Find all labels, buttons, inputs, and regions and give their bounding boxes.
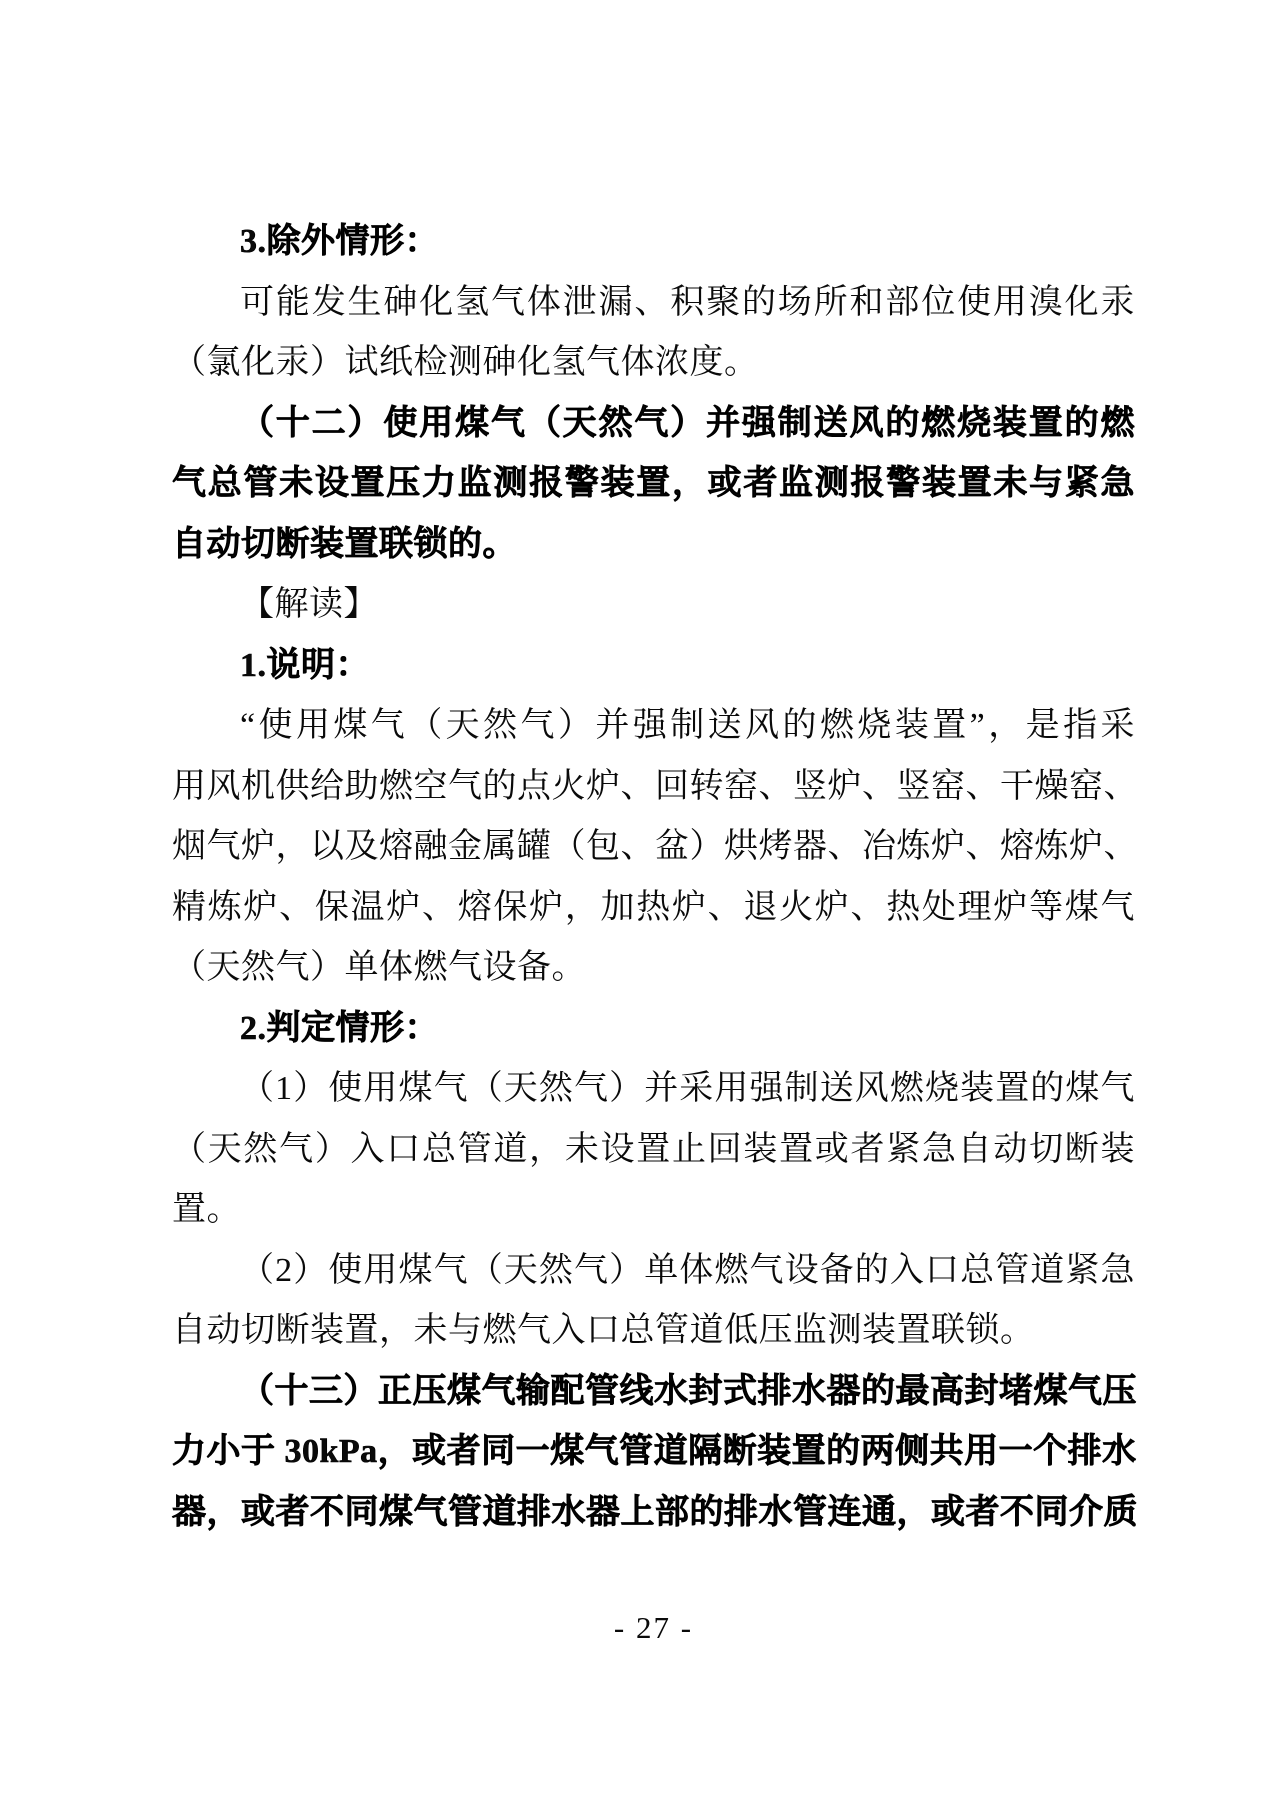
document-body: 3.除外情形： 可能发生砷化氢气体泄漏、积聚的场所和部位使用溴化汞 （氯化汞）试… bbox=[172, 212, 1135, 1543]
body-line: “使用煤气（天然气）并强制送风的燃烧装置”，是指采 bbox=[172, 696, 1135, 757]
clause-12-line: 气总管未设置压力监测报警装置，或者监测报警装置未与紧急 bbox=[172, 454, 1135, 515]
body-line: 用风机供给助燃空气的点火炉、回转窑、竖炉、竖窑、干燥窑、 bbox=[172, 757, 1135, 818]
heading-exception-cases: 3.除外情形： bbox=[172, 212, 1135, 273]
body-line: （1）使用煤气（天然气）并采用强制送风燃烧装置的煤气 bbox=[172, 1059, 1135, 1120]
body-line: （天然气）入口总管道，未设置止回装置或者紧急自动切断装 bbox=[172, 1120, 1135, 1181]
page-number: - 27 - bbox=[172, 1608, 1135, 1648]
heading-explanation: 1.说明： bbox=[172, 636, 1135, 697]
clause-12-line: （十二）使用煤气（天然气）并强制送风的燃烧装置的燃 bbox=[172, 394, 1135, 455]
document-page: 3.除外情形： 可能发生砷化氢气体泄漏、积聚的场所和部位使用溴化汞 （氯化汞）试… bbox=[0, 0, 1280, 1810]
clause-13-line: 力小于 30kPa，或者同一煤气管道隔断装置的两侧共用一个排水 bbox=[172, 1422, 1135, 1483]
clause-13-line: （十三）正压煤气输配管线水封式排水器的最高封堵煤气压 bbox=[172, 1362, 1135, 1423]
body-line: （2）使用煤气（天然气）单体燃气设备的入口总管道紧急 bbox=[172, 1241, 1135, 1302]
clause-13-line: 器，或者不同煤气管道排水器上部的排水管连通，或者不同介质 bbox=[172, 1483, 1135, 1544]
interpretation-label: 【解读】 bbox=[172, 575, 1135, 636]
heading-determination: 2.判定情形： bbox=[172, 999, 1135, 1060]
body-line: 精炼炉、保温炉、熔保炉，加热炉、退火炉、热处理炉等煤气 bbox=[172, 878, 1135, 939]
body-line: 置。 bbox=[172, 1180, 1135, 1241]
clause-12-line: 自动切断装置联锁的。 bbox=[172, 515, 1135, 576]
body-line: 可能发生砷化氢气体泄漏、积聚的场所和部位使用溴化汞 bbox=[172, 273, 1135, 334]
body-line: 烟气炉，以及熔融金属罐（包、盆）烘烤器、冶炼炉、熔炼炉、 bbox=[172, 817, 1135, 878]
body-line: 自动切断装置，未与燃气入口总管道低压监测装置联锁。 bbox=[172, 1301, 1135, 1362]
body-line: （氯化汞）试纸检测砷化氢气体浓度。 bbox=[172, 333, 1135, 394]
body-line: （天然气）单体燃气设备。 bbox=[172, 938, 1135, 999]
